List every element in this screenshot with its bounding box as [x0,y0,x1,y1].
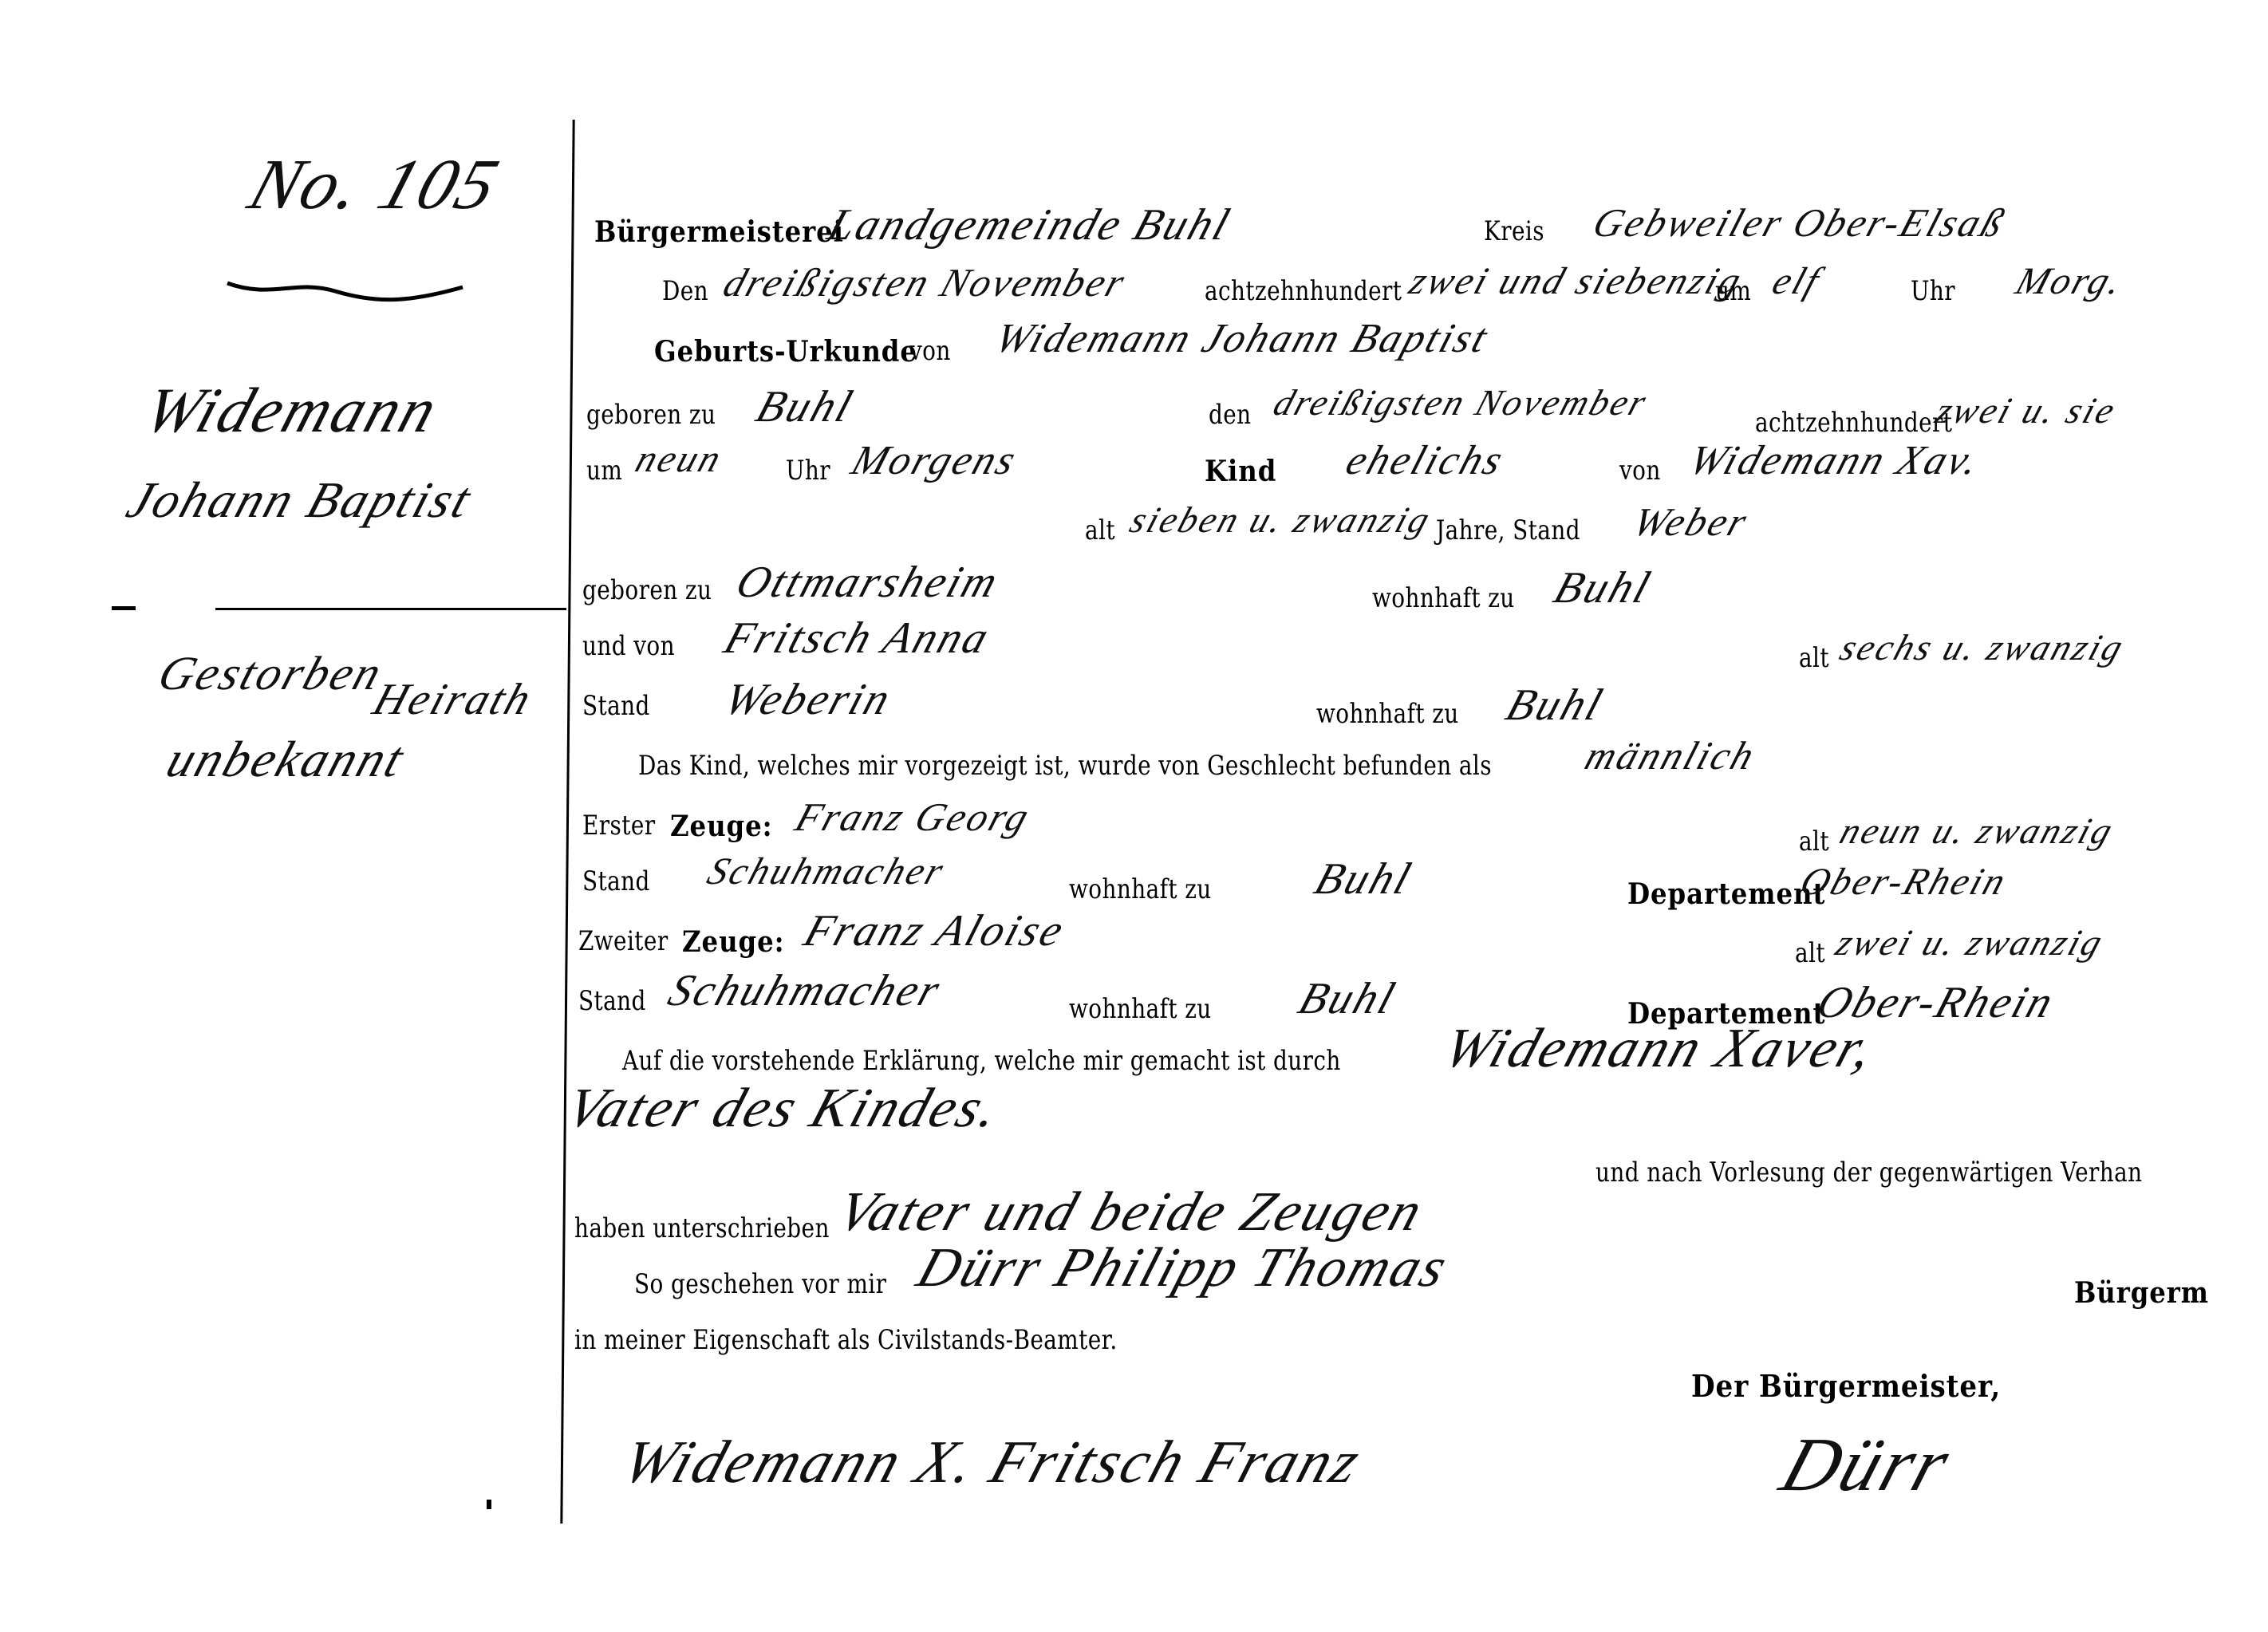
label-first-witness-prefix: Erster [582,810,655,842]
value-child-name: Widemann Johann Baptist [989,315,1495,362]
underline-flourish [223,275,479,307]
label-den: Den [662,275,708,307]
label-jahre-stand: Jahre, Stand [1436,514,1580,546]
value-time-of-day: Morg. [2010,259,2130,303]
label-geburts-urkunde: Geburts-Urkunde [654,335,917,369]
label-geboren-zu2: geboren zu [582,574,712,606]
label-alt4: alt [1795,937,1825,969]
label-kreis: Kreis [1484,215,1544,247]
value-father-name: Widemann Xav. [1683,437,1987,484]
value-date: dreißigsten November [718,259,1133,306]
value-first-witness-residence: Buhl [1308,853,1419,905]
value-first-witness-dept: Ober-Rhein [1795,860,2014,904]
label-alt3: alt [1799,826,1829,857]
capacity-sentence: in meiner Eigenschaft als Civilstands-Be… [574,1324,1118,1356]
value-mother-occupation: Weberin [718,674,898,725]
label-kind: Kind [1205,455,1276,488]
label-von2: von [1619,455,1661,487]
label-wohnhaft: wohnhaft zu [1372,582,1515,614]
margin-note-line3: unbekannt [160,730,413,789]
value-declarant: Widemann Xaver, [1436,1017,1883,1081]
value-first-witness-occupation: Schuhmacher [702,850,951,893]
label-alt: alt [1085,514,1115,546]
ink-speck [487,1500,491,1509]
value-birthplace: Buhl [750,381,861,432]
value-birth-year: zwei u. sie [1931,389,2123,432]
value-second-witness: Franz Aloise [798,905,1072,956]
label-wohnhaft2: wohnhaft zu [1316,698,1459,730]
label-buergerm-cut: Bürgerm [2074,1276,2209,1310]
label-alt2: alt [1799,642,1829,674]
value-birth-time: Morgens [846,437,1024,484]
label-um: um [1715,275,1751,307]
label-geboren-zu: geboren zu [586,399,716,431]
value-mother-age: sechs u. zwanzig [1835,626,2131,668]
signers-signature: Widemann X. Fritsch Franz [614,1428,1371,1497]
value-second-witness-age: zwei u. zwanzig [1831,921,2110,964]
label-witness: Zeuge: [670,810,772,843]
value-buergermeisterei: Landgemeinde Buhl [822,199,1237,250]
value-father-occupation: Weber [1627,499,1755,545]
column-divider [560,120,574,1524]
margin-surname: Widemann [136,375,448,447]
value-second-witness-occupation: Schuhmacher [662,965,949,1016]
value-mother-name: Fritsch Anna [718,613,997,664]
label-wohnhaft4: wohnhaft zu [1069,993,1212,1025]
value-father-birthplace: Ottmarsheim [730,557,1006,608]
label-von: von [909,335,951,367]
label-achtzehnhundert2: achtzehnhundert [1755,407,1952,439]
label-uhr2: Uhr [786,455,830,487]
value-father-residence: Buhl [1548,562,1659,613]
declaration-sentence: Auf die vorstehende Erklärung, welche mi… [622,1045,1341,1077]
label-signed: haben unterschrieben [574,1212,830,1244]
value-birth-hour: neun [630,437,728,481]
label-um2: um [586,455,622,487]
value-sex: männlich [1580,732,1762,779]
label-stand3: Stand [578,985,646,1017]
record-number: No. 105 [239,144,510,226]
value-official: Dürr Philipp Thomas [909,1236,1457,1300]
label-buergermeisterei: Bürgermeisterei [594,215,844,249]
label-und-von: und von [582,630,675,662]
label-stand: Stand [582,690,650,722]
label-done: So geschehen vor mir [634,1268,886,1300]
value-first-witness-age: neun u. zwanzig [1835,810,2120,852]
label-witness2: Zeuge: [682,925,784,959]
value-first-witness: Franz Georg [790,794,1037,840]
value-kreis: Gebweiler Ober-Elsaß [1588,199,2012,246]
margin-note-line2: Heirath [367,674,539,725]
mayor-signature: Dürr [1771,1420,1962,1508]
value-hour: elf [1767,259,1827,303]
value-second-witness-residence: Buhl [1292,973,1403,1024]
value-birth-date: dreißigsten November [1268,381,1654,424]
value-signed: Vater und beide Zeugen [830,1181,1432,1244]
label-stand2: Stand [582,865,650,897]
value-mother-residence: Buhl [1500,680,1611,731]
margin-given-names: Johann Baptist [120,471,480,530]
label-wohnhaft3: wohnhaft zu [1069,873,1212,905]
reading-sentence: und nach Vorlesung der gegenwärtigen Ver… [1595,1157,2143,1189]
margin-note-line1: Gestorben [152,646,390,701]
mayor-label: Der Bürgermeister, [1691,1368,2001,1404]
value-year: zwei und siebenzig [1404,259,1749,303]
label-departement: Departement [1627,877,1825,911]
value-father-age: sieben u. zwanzig [1125,499,1438,541]
sex-sentence: Das Kind, welches mir vorgezeigt ist, wu… [638,750,1492,782]
label-den2: den [1209,399,1252,431]
margin-divider [215,608,566,610]
value-declarant-cont: Vater des Kindes. [558,1077,1009,1141]
margin-tick [112,606,136,610]
value-legitimacy: ehelichs [1340,437,1511,484]
label-achtzehnhundert: achtzehnhundert [1205,275,1402,307]
label-uhr: Uhr [1911,275,1955,307]
label-second-witness-prefix: Zweiter [578,925,669,957]
